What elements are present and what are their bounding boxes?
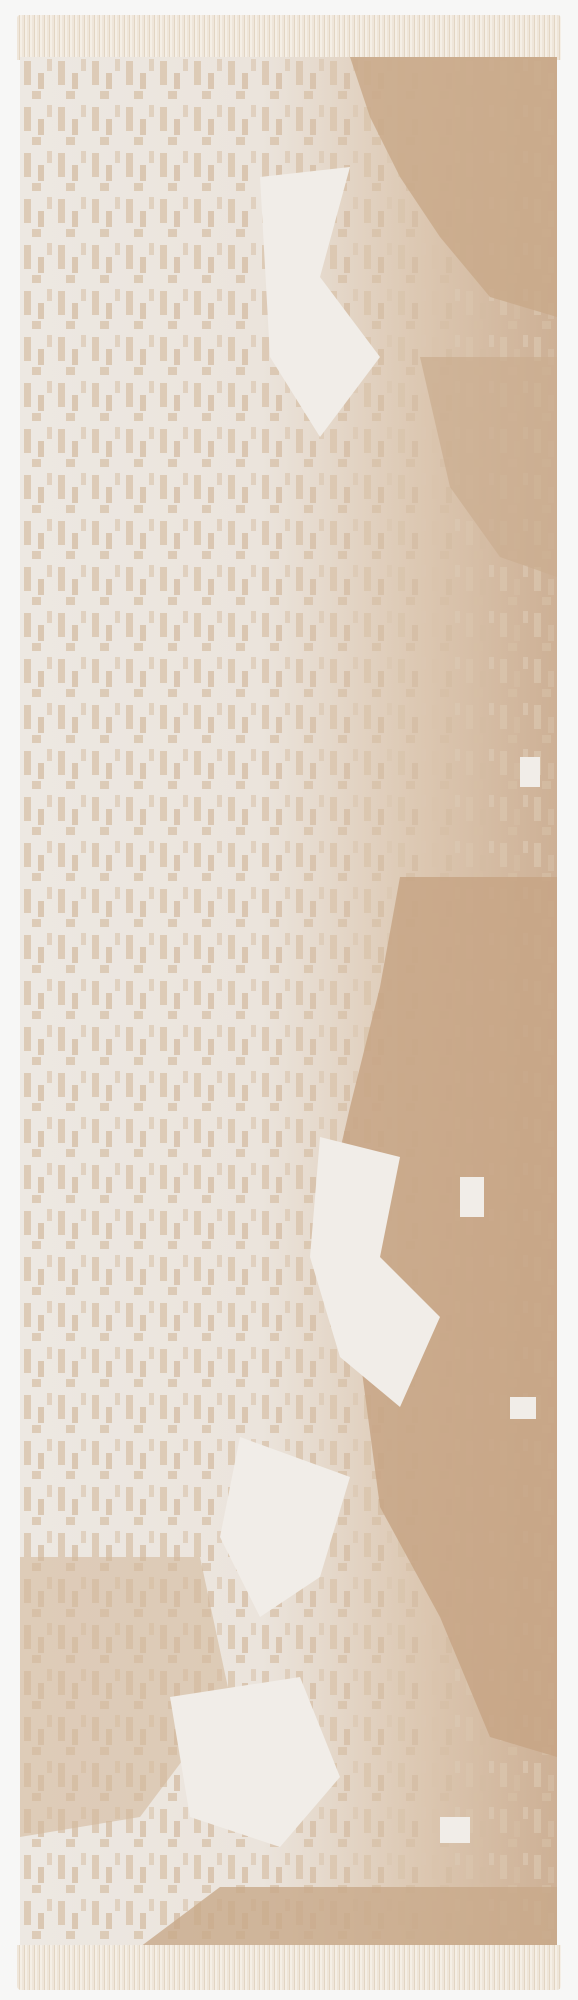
rug-pattern [20,57,557,1947]
bottom-fringe [17,1945,561,1990]
rug-body [20,57,557,1947]
top-fringe [17,15,561,60]
